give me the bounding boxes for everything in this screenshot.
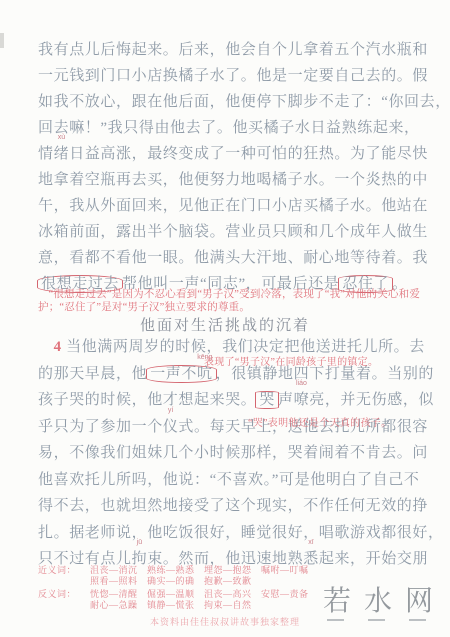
paragraph-3: 我有点儿后悔起来。后来，他会自个儿拿着五个汽水瓶和 一元钱到门口小店换橘子水了。…	[38, 37, 434, 297]
text-line: 孩子哭的时候，他才想起来哭。哭声嘹liáo亮，并无伤感，似	[38, 387, 434, 414]
teacher-annotation-para3: “很想走过去”是因为不忍心看到“男子汉”受到冷落，表现了“我”对他的关心和爱护；…	[38, 289, 422, 314]
paragraph-4: 4 当他满两周岁的时候，我们决定把他送进托儿所。去 的那天早晨，他一声不吭kēn…	[38, 334, 434, 573]
inline-annotation-cry: “哭”表明他还是个天真的孩子。	[248, 418, 391, 429]
antonym-label-spacer	[38, 600, 90, 611]
antonym-pairs: 恍惚—清醒 倔强—温顺 沮丧—高兴 安慰—责备	[90, 589, 309, 600]
ruoshui-watermark: 若水网	[323, 586, 446, 621]
text-line: 他喜欢托儿所吗，他说：“不喜欢。”可是他明白了自己不	[38, 467, 434, 494]
text-line: 如我不放心，跟在他后面，他便停下脚步不走了：“你回去，	[38, 89, 434, 115]
text-line: 回去嘛！”我只得由他去了。他买橘子水日益熟练起来，	[38, 115, 434, 141]
text-line: 我有点儿后悔起来。后来，他会自个儿拿着五个汽水瓶和	[38, 37, 434, 63]
section-heading: 他面对生活挑战的沉着	[0, 314, 450, 335]
pinyin-label: yí	[168, 407, 173, 414]
antonym-label: 反义词：	[38, 589, 90, 600]
synonym-pairs: 沮丧—消沉 熟练—熟悉 埋怨—抱怨 嘱咐—叮嘱	[90, 565, 309, 576]
watermark-caption-marks	[323, 619, 446, 621]
text-line: 情绪xù日益高涨，最终变成了一种可怕的狂热。为了能尽快	[38, 141, 434, 167]
synonym-row-1: 近义词： 沮丧—消沉 熟练—熟悉 埋怨—抱怨 嘱咐—叮嘱	[38, 565, 442, 576]
pinyin-annotated-char: 绪xù	[54, 141, 70, 167]
paragraph-number: 4	[54, 339, 62, 355]
scanned-textbook-page: 我有点儿后悔起来。后来，他会自个儿拿着五个汽水瓶和 一元钱到门口小店换橘子水了。…	[0, 0, 450, 637]
pinyin-annotated-char: 仪yí	[163, 414, 179, 441]
red-circle-annotation: 哭	[255, 391, 279, 409]
pinyin-label: jū	[137, 539, 142, 546]
synonym-pairs: 照看—照料 确实—的确 抱歉—致歉	[90, 576, 252, 587]
watermark-text: 若水网	[323, 586, 446, 616]
pinyin-annotated-char: 嘹liáo	[294, 387, 310, 414]
pinyin-label: xù	[58, 134, 65, 141]
inline-annotation-calm: 表现了“男子汉”在同龄孩子里的镇定。	[204, 357, 378, 368]
text-line: 地拿着空瓶再去买，他便努力地喝橘子水。一个炎热的中	[38, 167, 434, 193]
watermark-caption-mark	[409, 619, 426, 621]
text-line: 意，看都不看他一眼。他满头大汗地、耐心地等待着。我	[38, 245, 434, 271]
scan-edge-artifact	[0, 33, 4, 48]
text-line: 冰箱前面，露出半个脑袋。营业员只顾和几个成年人做生	[38, 219, 434, 245]
antonym-pairs: 耐心—急躁 镇静—慌张 拘束—自然	[90, 600, 252, 611]
pinyin-label: xī	[308, 539, 313, 546]
text-line: 扎。据老师说，他吃饭很好，睡觉很好，唱歌游戏都很好，	[38, 520, 434, 547]
text-line: 午，我从外面回来，见他正在门口小店买橘子水。他站在	[38, 193, 434, 219]
text-line: 易，不像我们姐妹几个小时候那样，哭着闹着不肯去。问	[38, 440, 434, 467]
synonym-label-spacer	[38, 576, 90, 587]
synonym-label: 近义词：	[38, 565, 90, 576]
watermark-caption-mark	[327, 619, 344, 621]
pinyin-label: liáo	[296, 380, 307, 387]
text-line: 一元钱到门口小店换橘子水了。他是一定要自己去的。假	[38, 63, 434, 89]
text-line: 得不去，也就坦然地接受了这个现实，不作任何无效的挣	[38, 493, 434, 520]
watermark-caption-mark	[368, 619, 385, 621]
